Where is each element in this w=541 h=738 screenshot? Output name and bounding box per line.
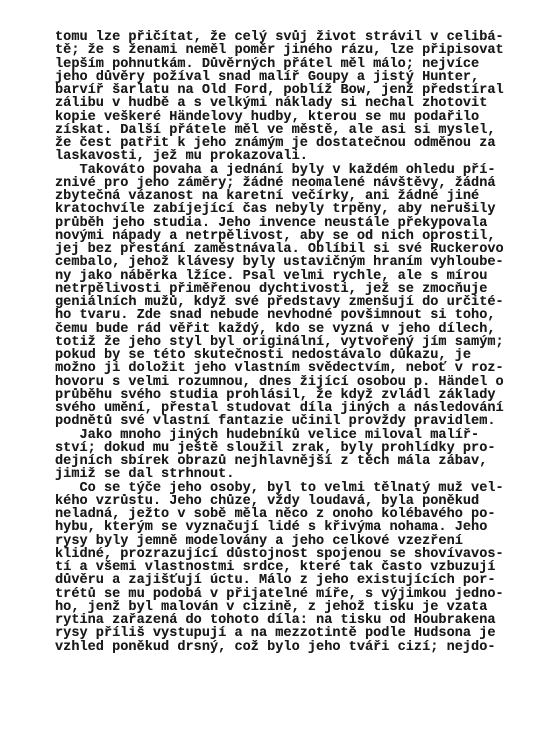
text-line: geniálních mužů, když své představy zmen… <box>55 296 535 309</box>
text-line: ho, jenž byl malován v cizině, z jehož t… <box>55 601 535 614</box>
text-line: totiž že jeho styl byl originální, vytvo… <box>55 336 535 349</box>
text-line: čemu bude rád věřit každý, kdo se vyzná … <box>55 323 535 336</box>
text-line: ho tvaru. Zde snad nebude nevhodné povši… <box>55 309 535 322</box>
text-line: netrpělivosti přiměřenou dychtivosti, je… <box>55 283 535 296</box>
text-line: neladná, ježto v sobě měla něco z onoho … <box>55 508 535 521</box>
text-line: průběhu svého studia prohlásil, že když … <box>55 389 535 402</box>
text-line: klidné, prozrazující důstojnost spojenou… <box>55 548 535 561</box>
text-line: jimiž se dal strhnout. <box>55 468 535 481</box>
text-line: znivé pro jeho záměry; žádné neomalené n… <box>55 177 535 190</box>
text-line: možno ji doložit jeho vlastním svědectví… <box>55 362 535 375</box>
text-line: hovoru s velmi rozumnou, dnes žijící oso… <box>55 376 535 389</box>
text-line: rysy příliš vystupují a na mezzotintě po… <box>55 627 535 640</box>
text-line: zálibu v hudbě a s velkými náklady si ne… <box>55 97 535 110</box>
text-line: rysy byly jemně modelovány a jeho celkov… <box>55 535 535 548</box>
text-line: ny jako náběrka lžíce. Psal velmi rychle… <box>55 270 535 283</box>
text-line: lepším pohnutkám. Důvěrných přátel měl m… <box>55 58 535 71</box>
text-line: důvěru a zajišťují úctu. Málo z jeho exi… <box>55 574 535 587</box>
text-line: novými nápady a netrpělivost, aby se od … <box>55 230 535 243</box>
text-line: kopie veškeré Händelovy hudby, kterou se… <box>55 111 535 124</box>
text-line: ství; dokud mu ještě sloužil zrak, byly … <box>55 442 535 455</box>
text-line: vzhled poněkud drsný, což bylo jeho tvář… <box>55 641 535 654</box>
text-line: kého vzrůstu. Jeho chůze, vždy loudavá, … <box>55 495 535 508</box>
text-line: Takováto povaha a jednání byly v každém … <box>55 164 535 177</box>
text-line: svého umění, přestal studovat díla jinýc… <box>55 402 535 415</box>
text-line: rytina zařazená do tohoto díla: na tisku… <box>55 614 535 627</box>
document-page: tomu lze přičítat, že celý svůj život st… <box>0 0 541 738</box>
text-line: jej bez přestání zaměstnávala. Oblíbil s… <box>55 243 535 256</box>
text-line: hybu, kterým se vyznačují lidé s křivýma… <box>55 521 535 534</box>
typewritten-text-body: tomu lze přičítat, že celý svůj život st… <box>55 31 535 654</box>
text-line: že čest patřit k jeho známým je dostateč… <box>55 137 535 150</box>
text-line: podnětů své vlastní fantazie učinil prov… <box>55 415 535 428</box>
text-line: tí a všemi vlastnostmi srdce, které tak … <box>55 561 535 574</box>
text-line: získat. Další přátele měl ve městě, ale … <box>55 124 535 137</box>
text-line: trétů se mu podobá v přijatelné míře, s … <box>55 588 535 601</box>
text-line: tě; že s ženami neměl poměr jiného rázu,… <box>55 44 535 57</box>
text-line: kratochvíle zabíjející čas nebyly trpěny… <box>55 203 535 216</box>
text-line: jeho důvěry požíval snad malíř Goupy a j… <box>55 71 535 84</box>
text-line: laskavosti, jež mu prokazovali. <box>55 150 535 163</box>
text-line: Co se týče jeho osoby, byl to velmi těln… <box>55 482 535 495</box>
text-line: pokud by se této skutečnosti nedostávalo… <box>55 349 535 362</box>
text-line: cembalo, jehož klávesy byly ustavičným h… <box>55 256 535 269</box>
text-line: Jako mnoho jiných hudebníků velice milov… <box>55 429 535 442</box>
text-line: barvíř šarlatu na Old Ford, poblíž Bow, … <box>55 84 535 97</box>
text-line: průběh jeho studia. Jeho invence neustál… <box>55 217 535 230</box>
text-line: zbytečná vázanost na karetní večírky, an… <box>55 190 535 203</box>
text-line: dejních sbírek obrazů nejhlavnější z těc… <box>55 455 535 468</box>
text-line: tomu lze přičítat, že celý svůj život st… <box>55 31 535 44</box>
